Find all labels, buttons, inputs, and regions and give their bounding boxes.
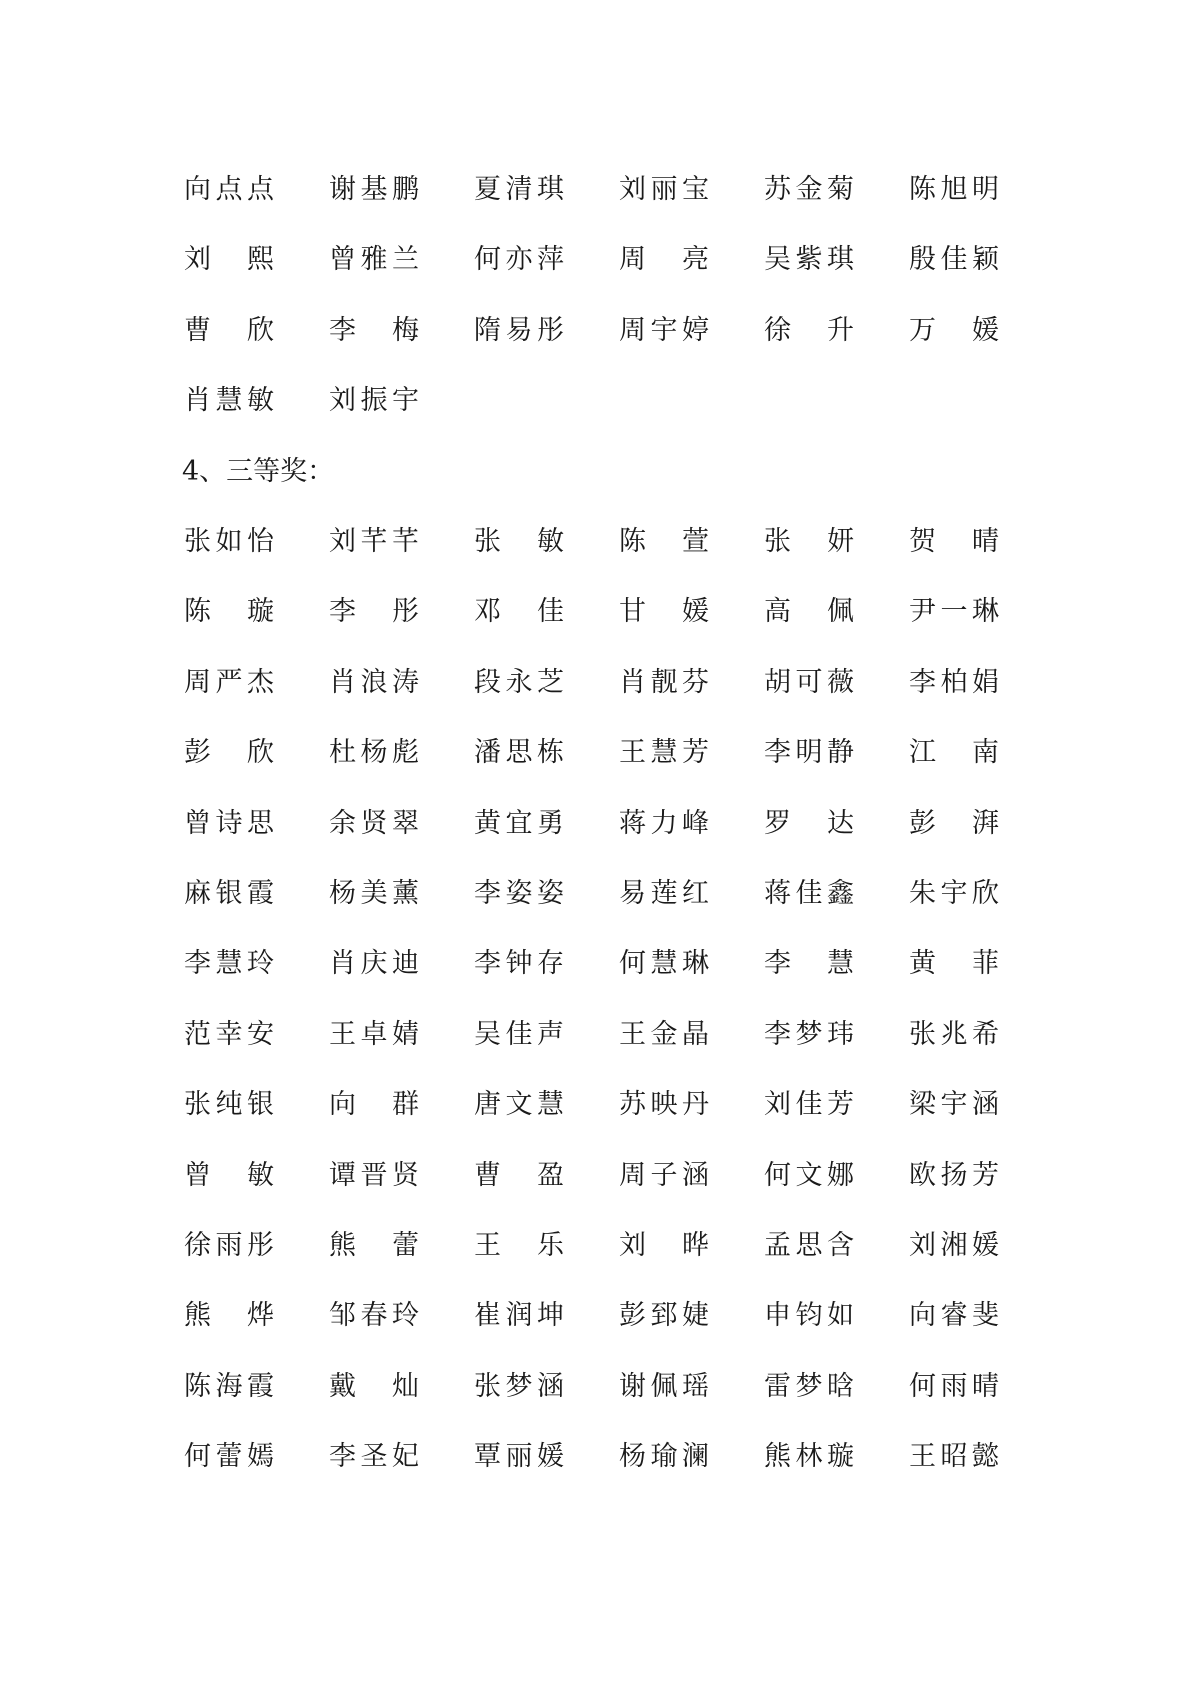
name-entry: 潘思栋 bbox=[474, 733, 564, 773]
name-entry: 周子涵 bbox=[619, 1156, 709, 1196]
name-entry: 李明静 bbox=[764, 733, 854, 773]
name-entry: 杜杨彪 bbox=[329, 733, 419, 773]
name-entry: 何亦萍 bbox=[474, 240, 564, 280]
name-entry: 何文娜 bbox=[764, 1156, 854, 1196]
third_prize-row: 张如怡刘芊芊张敏陈萱张妍贺晴 bbox=[184, 522, 1054, 562]
name-entry: 彭欣 bbox=[184, 733, 274, 773]
name-entry: 申钧如 bbox=[764, 1296, 854, 1336]
name-entry: 蒋力峰 bbox=[619, 804, 709, 844]
name-entry: 黄宜勇 bbox=[474, 804, 564, 844]
third_prize-row: 范幸安王卓婧吴佳声王金晶李梦玮张兆希 bbox=[184, 1015, 1054, 1055]
name-entry: 李钟存 bbox=[474, 944, 564, 984]
name-entry: 蒋佳鑫 bbox=[764, 874, 854, 914]
name-entry: 谢基鹏 bbox=[329, 170, 419, 210]
name-entry: 张妍 bbox=[764, 522, 854, 562]
name-entry: 李圣妃 bbox=[329, 1437, 419, 1477]
name-entry: 唐文慧 bbox=[474, 1085, 564, 1125]
name-entry: 肖浪涛 bbox=[329, 663, 419, 703]
name-entry: 曾诗思 bbox=[184, 804, 274, 844]
name-entry: 黄菲 bbox=[909, 944, 999, 984]
name-entry: 刘晔 bbox=[619, 1226, 709, 1266]
name-entry: 尹一琳 bbox=[909, 592, 999, 632]
name-entry: 李慧玲 bbox=[184, 944, 274, 984]
name-entry: 陈萱 bbox=[619, 522, 709, 562]
name-entry: 何慧琳 bbox=[619, 944, 709, 984]
name-entry: 苏金菊 bbox=[764, 170, 854, 210]
third_prize-row: 彭欣杜杨彪潘思栋王慧芳李明静江南 bbox=[184, 733, 1054, 773]
third_prize-row: 徐雨彤熊蕾王乐刘晔孟思含刘湘媛 bbox=[184, 1226, 1054, 1266]
name-entry: 王慧芳 bbox=[619, 733, 709, 773]
name-entry: 肖慧敏 bbox=[184, 381, 274, 421]
name-entry: 李柏娟 bbox=[909, 663, 999, 703]
name-entry: 张梦涵 bbox=[474, 1367, 564, 1407]
name-entry: 陈璇 bbox=[184, 592, 274, 632]
name-entry: 贺晴 bbox=[909, 522, 999, 562]
name-entry: 夏清琪 bbox=[474, 170, 564, 210]
name-entry: 向睿斐 bbox=[909, 1296, 999, 1336]
name-entry: 彭湃 bbox=[909, 804, 999, 844]
third_prize-row: 张纯银向群唐文慧苏映丹刘佳芳梁宇涵 bbox=[184, 1085, 1054, 1125]
third_prize-row: 曾敏谭晋贤曹盈周子涵何文娜欧扬芳 bbox=[184, 1156, 1054, 1196]
section_prev_tail-row: 刘熙曾雅兰何亦萍周亮吴紫琪殷佳颖 bbox=[184, 240, 1054, 280]
name-entry: 王卓婧 bbox=[329, 1015, 419, 1055]
third-prize-heading: 4、三等奖： bbox=[182, 452, 334, 492]
name-entry: 雷梦晗 bbox=[764, 1367, 854, 1407]
name-entry: 张纯银 bbox=[184, 1085, 274, 1125]
name-entry: 谢佩瑶 bbox=[619, 1367, 709, 1407]
name-entry: 向群 bbox=[329, 1085, 419, 1125]
third_prize-row: 曾诗思余贤翠黄宜勇蒋力峰罗达彭湃 bbox=[184, 804, 1054, 844]
name-entry: 苏映丹 bbox=[619, 1085, 709, 1125]
third_prize-row: 陈璇李彤邓佳甘媛高佩尹一琳 bbox=[184, 592, 1054, 632]
name-entry: 胡可薇 bbox=[764, 663, 854, 703]
section_prev_tail-row: 肖慧敏刘振宇 bbox=[184, 381, 474, 421]
third_prize-row: 麻银霞杨美薰李姿姿易莲红蒋佳鑫朱宇欣 bbox=[184, 874, 1054, 914]
name-entry: 朱宇欣 bbox=[909, 874, 999, 914]
third_prize-row: 何蕾嫣李圣妃覃丽媛杨瑜澜熊林璇王昭懿 bbox=[184, 1437, 1054, 1477]
name-entry: 罗达 bbox=[764, 804, 854, 844]
name-entry: 陈旭明 bbox=[909, 170, 999, 210]
name-entry: 崔润坤 bbox=[474, 1296, 564, 1336]
name-entry: 余贤翠 bbox=[329, 804, 419, 844]
name-entry: 麻银霞 bbox=[184, 874, 274, 914]
third_prize-row: 李慧玲肖庆迪李钟存何慧琳李慧黄菲 bbox=[184, 944, 1054, 984]
name-entry: 李慧 bbox=[764, 944, 854, 984]
name-entry: 谭晋贤 bbox=[329, 1156, 419, 1196]
name-entry: 张兆希 bbox=[909, 1015, 999, 1055]
name-entry: 高佩 bbox=[764, 592, 854, 632]
name-entry: 熊蕾 bbox=[329, 1226, 419, 1266]
name-entry: 刘湘媛 bbox=[909, 1226, 999, 1266]
name-entry: 王昭懿 bbox=[909, 1437, 999, 1477]
third_prize-row: 周严杰肖浪涛段永芝肖靓芬胡可薇李柏娟 bbox=[184, 663, 1054, 703]
name-entry: 孟思含 bbox=[764, 1226, 854, 1266]
name-entry: 肖靓芬 bbox=[619, 663, 709, 703]
name-entry: 刘丽宝 bbox=[619, 170, 709, 210]
name-entry: 张如怡 bbox=[184, 522, 274, 562]
name-entry: 刘佳芳 bbox=[764, 1085, 854, 1125]
name-entry: 吴紫琪 bbox=[764, 240, 854, 280]
name-entry: 易莲红 bbox=[619, 874, 709, 914]
name-entry: 曾雅兰 bbox=[329, 240, 419, 280]
name-entry: 杨美薰 bbox=[329, 874, 419, 914]
name-entry: 李姿姿 bbox=[474, 874, 564, 914]
name-entry: 范幸安 bbox=[184, 1015, 274, 1055]
name-entry: 万媛 bbox=[909, 311, 999, 351]
name-entry: 向点点 bbox=[184, 170, 274, 210]
document-page: 向点点谢基鹏夏清琪刘丽宝苏金菊陈旭明刘熙曾雅兰何亦萍周亮吴紫琪殷佳颖曹欣李梅隋易… bbox=[0, 0, 1191, 1684]
name-entry: 肖庆迪 bbox=[329, 944, 419, 984]
name-entry: 李梅 bbox=[329, 311, 419, 351]
name-entry: 甘媛 bbox=[619, 592, 709, 632]
name-entry: 刘振宇 bbox=[329, 381, 419, 421]
name-entry: 李梦玮 bbox=[764, 1015, 854, 1055]
section_prev_tail-row: 曹欣李梅隋易彤周宇婷徐升万媛 bbox=[184, 311, 1054, 351]
name-entry: 张敏 bbox=[474, 522, 564, 562]
name-entry: 曾敏 bbox=[184, 1156, 274, 1196]
name-entry: 曹欣 bbox=[184, 311, 274, 351]
name-entry: 何雨晴 bbox=[909, 1367, 999, 1407]
name-entry: 邓佳 bbox=[474, 592, 564, 632]
name-entry: 彭郅婕 bbox=[619, 1296, 709, 1336]
name-entry: 熊林璇 bbox=[764, 1437, 854, 1477]
name-entry: 梁宇涵 bbox=[909, 1085, 999, 1125]
name-entry: 陈海霞 bbox=[184, 1367, 274, 1407]
name-entry: 王乐 bbox=[474, 1226, 564, 1266]
name-entry: 隋易彤 bbox=[474, 311, 564, 351]
name-entry: 李彤 bbox=[329, 592, 419, 632]
name-entry: 段永芝 bbox=[474, 663, 564, 703]
section_prev_tail-row: 向点点谢基鹏夏清琪刘丽宝苏金菊陈旭明 bbox=[184, 170, 1054, 210]
name-entry: 吴佳声 bbox=[474, 1015, 564, 1055]
name-entry: 周严杰 bbox=[184, 663, 274, 703]
name-entry: 戴灿 bbox=[329, 1367, 419, 1407]
name-entry: 殷佳颖 bbox=[909, 240, 999, 280]
name-entry: 何蕾嫣 bbox=[184, 1437, 274, 1477]
name-entry: 王金晶 bbox=[619, 1015, 709, 1055]
name-entry: 周亮 bbox=[619, 240, 709, 280]
name-entry: 杨瑜澜 bbox=[619, 1437, 709, 1477]
name-entry: 邹春玲 bbox=[329, 1296, 419, 1336]
name-entry: 徐升 bbox=[764, 311, 854, 351]
name-entry: 刘熙 bbox=[184, 240, 274, 280]
name-entry: 江南 bbox=[909, 733, 999, 773]
name-entry: 周宇婷 bbox=[619, 311, 709, 351]
name-entry: 徐雨彤 bbox=[184, 1226, 274, 1266]
name-entry: 曹盈 bbox=[474, 1156, 564, 1196]
name-entry: 刘芊芊 bbox=[329, 522, 419, 562]
third_prize-row: 熊烨邹春玲崔润坤彭郅婕申钧如向睿斐 bbox=[184, 1296, 1054, 1336]
name-entry: 欧扬芳 bbox=[909, 1156, 999, 1196]
third_prize-row: 陈海霞戴灿张梦涵谢佩瑶雷梦晗何雨晴 bbox=[184, 1367, 1054, 1407]
name-entry: 覃丽媛 bbox=[474, 1437, 564, 1477]
name-entry: 熊烨 bbox=[184, 1296, 274, 1336]
